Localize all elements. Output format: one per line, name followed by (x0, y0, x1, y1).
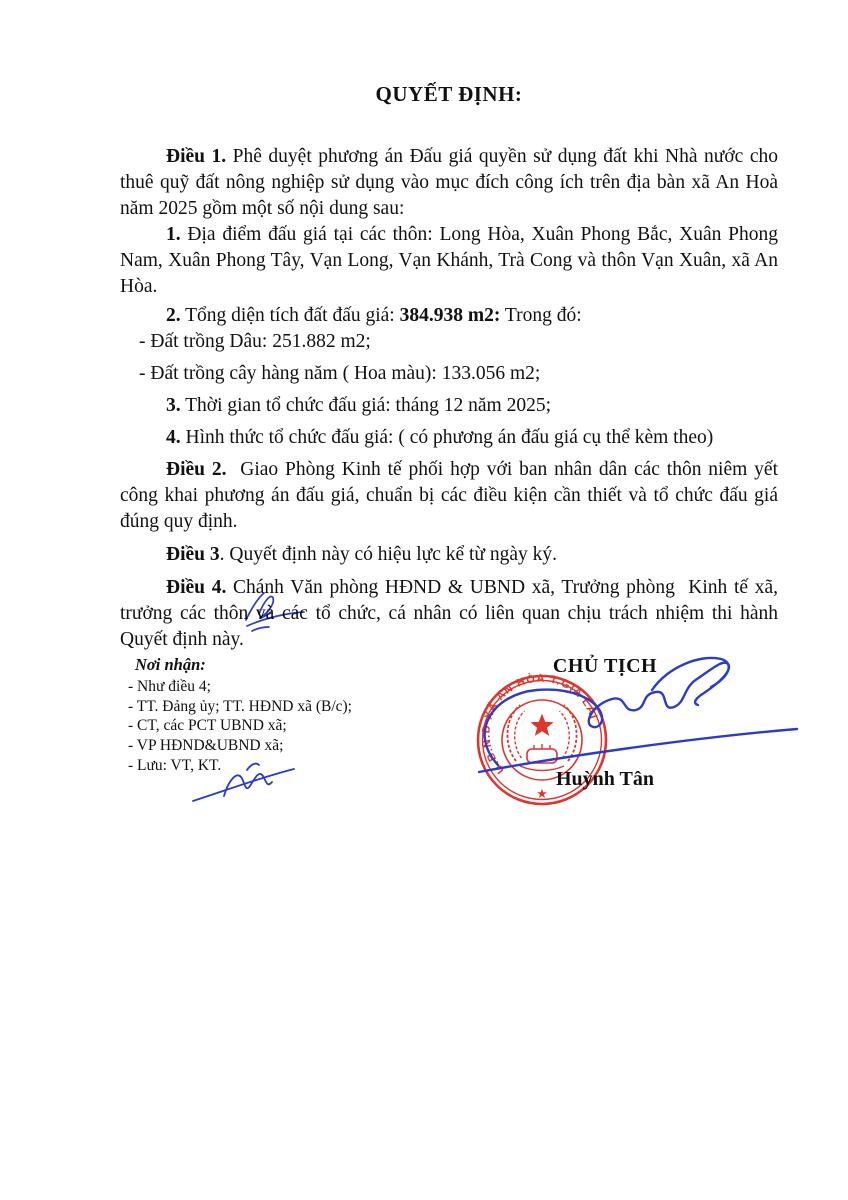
article-4-label: Điều 4. (166, 577, 226, 598)
sub-item-annual-crop-land: - Đất trồng cây hàng năm ( Hoa màu): 133… (120, 361, 778, 387)
article-3-label: Điều 3 (166, 544, 220, 565)
item-4-auction-form: 4. Hình thức tổ chức đấu giá: ( có phươn… (120, 425, 778, 451)
article-1-label: Điều 1. (166, 146, 226, 167)
document-page: QUYẾT ĐỊNH: Điều 1. Phê duyệt phương án … (0, 0, 848, 1200)
article-1-paragraph: Điều 1. Phê duyệt phương án Đấu giá quyề… (120, 144, 778, 222)
article-3-paragraph: Điều 3. Quyết định này có hiệu lực kể từ… (120, 542, 778, 568)
signer-role: CHỦ TỊCH (455, 655, 755, 678)
recipient-item: - TT. Đảng ủy; TT. HĐND xã (B/c); (128, 697, 428, 717)
recipient-item: - Lưu: VT, KT. (128, 756, 428, 776)
article-2-paragraph: Điều 2. Giao Phòng Kinh tế phối hợp với … (120, 457, 778, 535)
recipient-item: - VP HĐND&UBND xã; (128, 736, 428, 756)
document-body: Điều 1. Phê duyệt phương án Đấu giá quyề… (120, 144, 778, 653)
recipient-item: - Như điều 4; (128, 677, 428, 697)
item-3-auction-time: 3. Thời gian tổ chức đấu giá: tháng 12 n… (120, 393, 778, 419)
signature-block: CHỦ TỊCH Huỳnh Tân (455, 655, 755, 791)
article-2-label: Điều 2. (166, 459, 227, 480)
total-area-value: 384.938 m2: (400, 305, 501, 326)
item-2-total-area: 2. Tổng diện tích đất đấu giá: 384.938 m… (120, 303, 778, 329)
sub-item-mulberry-land: - Đất trồng Dâu: 251.882 m2; (120, 329, 778, 355)
recipient-item: - CT, các PCT UBND xã; (128, 716, 428, 736)
document-title: QUYẾT ĐỊNH: (120, 82, 778, 107)
recipients-block: Nơi nhận: - Như điều 4; - TT. Đảng ủy; T… (128, 655, 428, 776)
recipients-title: Nơi nhận: (135, 655, 428, 675)
item-1-location: 1. Địa điểm đấu giá tại các thôn: Long H… (120, 222, 778, 300)
article-4-paragraph: Điều 4. Chánh Văn phòng HĐND & UBND xã, … (120, 575, 778, 653)
signer-name: Huỳnh Tân (455, 768, 755, 791)
